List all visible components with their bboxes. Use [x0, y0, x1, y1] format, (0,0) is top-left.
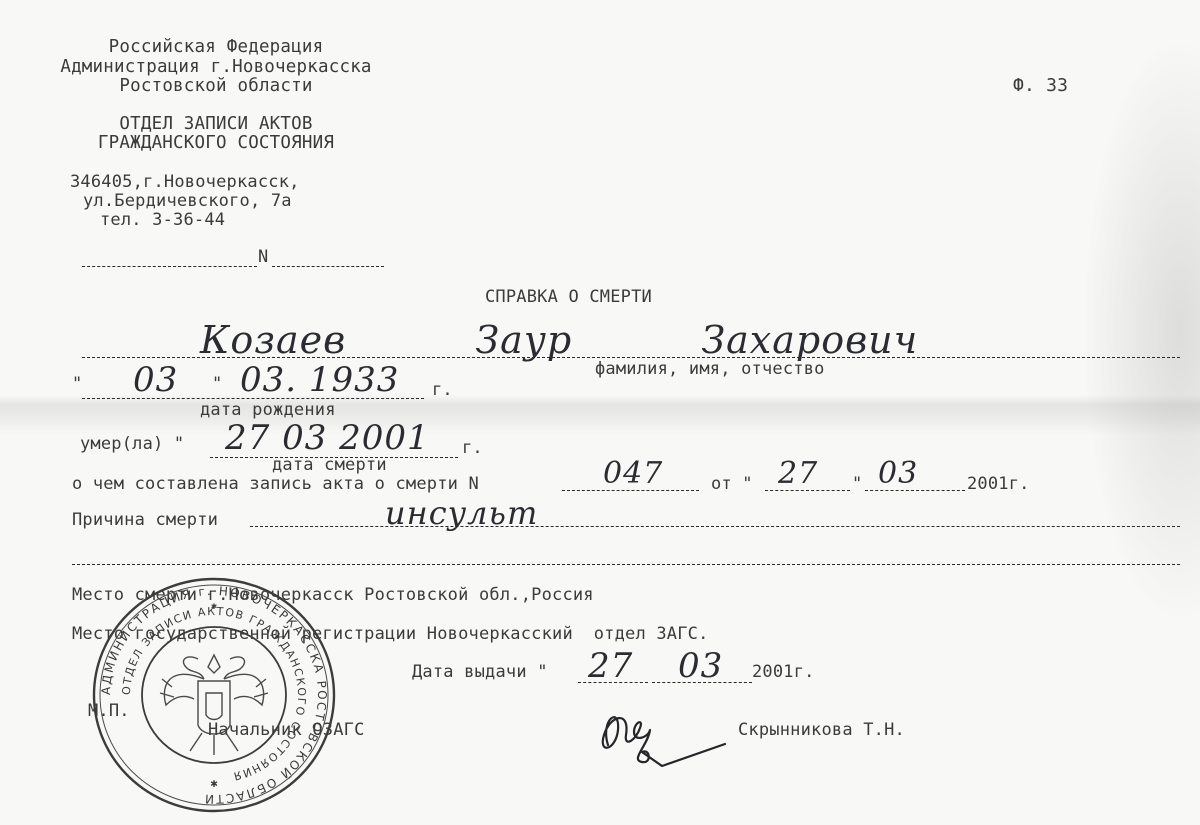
record-year: 2001г.	[967, 474, 1030, 494]
header-dept-line2: ГРАЖДАНСКОГО СОСТОЯНИЯ	[30, 134, 402, 153]
record-day-line	[765, 490, 850, 491]
signatory-name: Скрынникова Т.Н.	[738, 720, 905, 740]
document-title: СПРАВКА О СМЕРТИ	[485, 287, 652, 307]
full-name-line	[82, 357, 1180, 358]
death-date-handwritten: 27 03 2001	[225, 418, 430, 458]
issue-day: 27	[588, 646, 633, 686]
issue-month: 03	[678, 646, 723, 686]
birth-year-suffix: г.	[432, 380, 453, 400]
birth-quote-open: "	[72, 374, 82, 394]
record-month: 03	[878, 456, 918, 491]
signature-icon	[590, 700, 740, 780]
header-country: Российская Федерация	[30, 38, 402, 57]
svg-text:ОТДЕЛ ЗАПИСИ АКТОВ ГРАЖДАНСКОГ: ОТДЕЛ ЗАПИСИ АКТОВ ГРАЖДАНСКОГО СОСТОЯНИ…	[120, 605, 308, 783]
cause-line-2	[72, 564, 1180, 565]
outgoing-number-label: N	[258, 247, 268, 267]
full-name-caption: фамилия, имя, отчество	[595, 359, 825, 379]
death-label: умер(ла) "	[80, 434, 184, 454]
record-month-line	[865, 490, 965, 491]
issue-day-line	[578, 682, 648, 683]
birth-date-caption: дата рождения	[200, 400, 336, 420]
header-address-street: ул.Бердичевского, 7а	[83, 191, 292, 211]
cause-line	[250, 526, 1180, 527]
record-from-label: от "	[711, 474, 753, 494]
birth-quote-close: "	[212, 374, 222, 394]
record-quote: "	[852, 474, 862, 494]
record-day: 27	[778, 456, 818, 491]
outgoing-number-line-2	[272, 266, 384, 267]
birth-month-year: 03. 1933	[240, 360, 399, 400]
issue-month-line	[652, 682, 752, 683]
death-date-caption: дата смерти	[272, 455, 387, 475]
official-seal-icon: АДМИНИСТРАЦИЯ г. НОВОЧЕРКАССКА РОСТОВСКО…	[90, 575, 338, 815]
svg-text:✱: ✱	[210, 776, 217, 790]
form-number: Ф. 33	[1013, 75, 1068, 96]
death-year-suffix: г.	[462, 438, 483, 458]
certificate-page: Российская Федерация Администрация г.Нов…	[0, 0, 1200, 825]
cause-label: Причина смерти	[72, 510, 218, 530]
record-number-line	[562, 490, 699, 491]
record-label: о чем составлена запись акта о смерти N	[72, 474, 479, 494]
header-phone: тел. 3-36-44	[100, 210, 225, 230]
header-dept-line1: ОТДЕЛ ЗАПИСИ АКТОВ	[30, 115, 402, 134]
svg-text:✱: ✱	[211, 601, 217, 612]
issue-date-label: Дата выдачи "	[412, 662, 548, 682]
issue-year: 2001г.	[752, 662, 815, 682]
full-name-handwritten: Козаев Заур Захарович	[200, 318, 918, 362]
outgoing-number-line	[82, 266, 257, 267]
birth-date-line	[82, 398, 424, 399]
header-address-city: 346405,г.Новочеркасск,	[70, 172, 300, 192]
birth-day: 03	[133, 360, 178, 400]
header-administration: Администрация г.Новочеркасска	[30, 58, 402, 77]
record-number: 047	[603, 456, 663, 491]
header-region: Ростовской области	[30, 77, 402, 96]
